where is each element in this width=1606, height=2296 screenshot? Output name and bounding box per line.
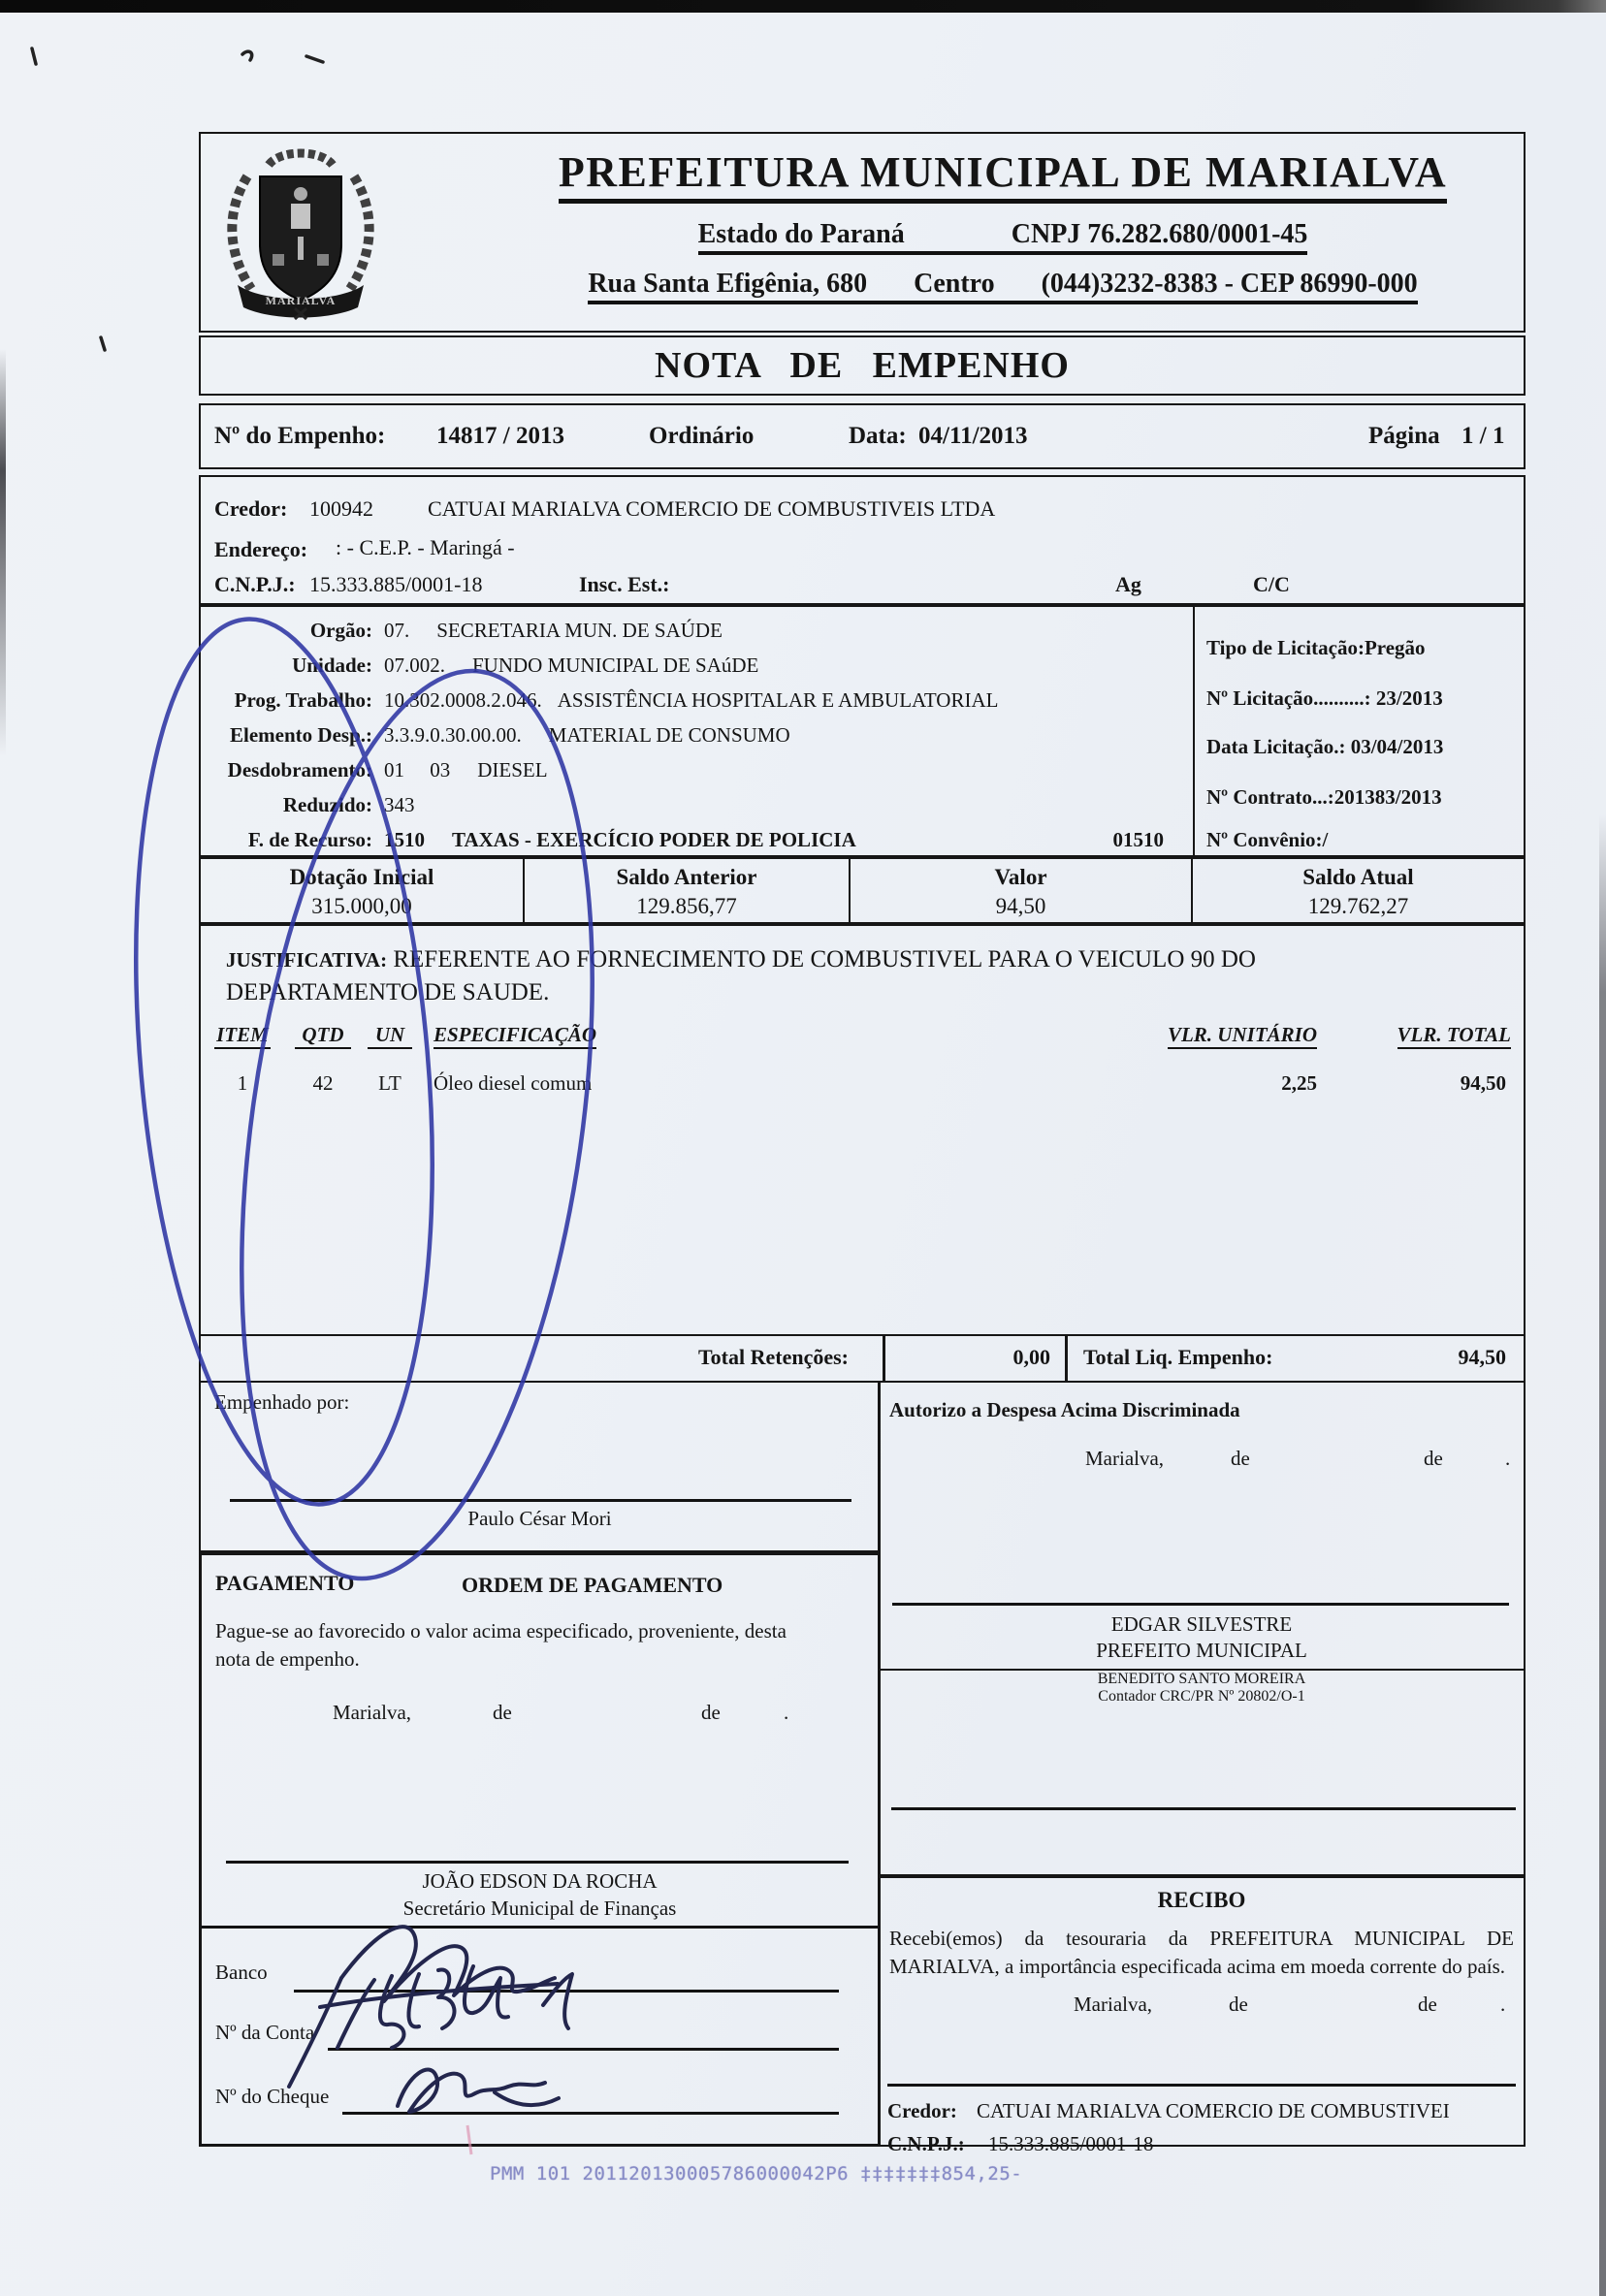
contador-name: BENEDITO SANTO MOREIRA [880,1671,1524,1688]
date-de: de [1229,1993,1248,2017]
row-label: Orgão: [201,619,372,643]
autorizo-title: Autorizo a Despesa Acima Discriminada [889,1398,1240,1422]
creditor-label: Credor: [214,496,287,522]
liq-empenho-value: 94,50 [1459,1345,1507,1370]
date-city: Marialva, [1074,1993,1152,2017]
amounts-row: Dotação Inicial 315.000,00 Saldo Anterio… [199,857,1526,924]
budget-row-prog-trabalho: Prog. Trabalho: 10.302.0008.2.046. ASSIS… [201,683,1193,717]
amount-valor: Valor 94,50 [849,859,1191,922]
scan-edge-top [0,0,1606,13]
cheque-line [342,2112,839,2115]
row-code: 01 03 [384,758,450,782]
row-desc: TAXAS - EXERCÍCIO PODER DE POLICIA [452,828,856,852]
org-district: Centro [914,269,994,299]
cheque-label: Nº do Cheque [215,2085,329,2109]
row-code: 1510 [384,828,425,852]
licitacao-data: Data Licitação.: 03/04/2013 [1206,735,1443,759]
row-desc: DIESEL [477,758,547,782]
date-city: Marialva, [333,1701,411,1725]
item-num: 1 [214,1071,271,1096]
licitacao-tipo: Tipo de Licitação:Pregão [1206,636,1426,660]
fonte-recurso-code: 01510 [1113,828,1165,852]
date-de: de [493,1701,512,1725]
amount-label: Valor [851,865,1191,890]
amount-saldo-anterior: Saldo Anterior 129.856,77 [523,859,849,922]
col-header-vlr-unitario: VLR. UNITÁRIO [1168,1023,1317,1049]
org-cnpj: CNPJ 76.282.680/0001-45 [1012,219,1308,249]
date-de: de [701,1701,721,1725]
date-de: de [1231,1447,1250,1471]
ordem-pagamento-title: ORDEM DE PAGAMENTO [462,1573,723,1598]
amount-label: Saldo Anterior [525,865,849,890]
logo-banner-text: MARIALVA [266,294,337,307]
account-label: C/C [1253,572,1290,597]
recibo-title: RECIBO [880,1888,1524,1913]
budget-row-unidade: Unidade: 07.002. FUNDO MUNICIPAL DE SAúD… [201,648,1193,683]
state-reg-label: Insc. Est.: [579,572,670,597]
cnpj-label: C.N.P.J.: [214,572,296,597]
banco-line [294,1990,839,1993]
pagamento-body: Pague-se ao favorecido o valor acima esp… [215,1617,797,1674]
date-dot: . [784,1701,788,1725]
col-header-espec: ESPECIFICAÇÃO [434,1023,596,1049]
signature-rule [230,1499,851,1502]
licitacao-column: Tipo de Licitação:Pregão Nº Licitação...… [1193,607,1527,855]
date-de: de [1418,1993,1437,2017]
justification: JUSTIFICATIVA: REFERENTE AO FORNECIMENTO… [226,943,1264,1009]
row-code: 10.302.0008.2.046. [384,688,542,713]
scanned-page: MARIALVA PREFEITURA MUNICIPAL DE MARIALV… [0,0,1606,2296]
amount-label: Saldo Atual [1193,865,1524,890]
page-label: Página [1368,423,1440,450]
cnpj-value: 15.333.885/0001-18 [309,572,482,597]
pagamento-title: PAGAMENTO [215,1571,354,1596]
signature-rule [226,1861,849,1864]
date-dot: . [1500,1993,1505,2017]
signature-rule [891,1807,1516,1810]
recibo-cell: RECIBO Recebi(emos) da tesouraria da PRE… [878,1876,1526,2147]
marialva-coat-of-arms-icon: MARIALVA [210,142,391,322]
org-state-cnpj: Estado do ParanáCNPJ 76.282.680/0001-45 [698,219,1308,255]
row-desc: MATERIAL DE CONSUMO [549,723,790,748]
items-box: JUSTIFICATIVA: REFERENTE AO FORNECIMENTO… [199,924,1526,1383]
row-label: Reduzido: [201,793,372,817]
row-desc: SECRETARIA MUN. DE SAÚDE [436,619,723,643]
recibo-body: Recebi(emos) da tesouraria da PREFEITURA… [889,1925,1514,1981]
mayor-role: PREFEITO MUNICIPAL [880,1639,1524,1663]
signature-rule [892,1603,1509,1606]
amount-value: 129.856,77 [525,894,849,919]
justification-label: JUSTIFICATIVA: [226,948,387,972]
empenho-number-box: Nº do Empenho: 14817 / 2013 Ordinário Da… [199,403,1526,469]
recibo-credor-value: CATUAI MARIALVA COMERCIO DE COMBUSTIVEI [977,2099,1450,2123]
creditor-name: CATUAI MARIALVA COMERCIO DE COMBUSTIVEIS… [428,496,995,522]
row-label: Prog. Trabalho: [201,688,372,713]
row-code: 07.002. [384,654,445,678]
item-espec: Óleo diesel comum [434,1071,592,1096]
header-box: MARIALVA PREFEITURA MUNICIPAL DE MARIALV… [199,132,1526,333]
contador-cell: BENEDITO SANTO MOREIRA Contador CRC/PR N… [878,1671,1526,1876]
scan-edge-right [1599,814,1606,2296]
empenho-kind: Ordinário [649,423,754,450]
liq-empenho-label: Total Liq. Empenho: [1083,1345,1272,1370]
row-label: Unidade: [201,654,372,678]
totals-divider-1 [883,1336,885,1381]
letterhead: PREFEITURA MUNICIPAL DE MARIALVA Estado … [521,134,1485,304]
signature-rule [887,2084,1516,2087]
date-dot: . [1505,1447,1510,1471]
date-city: Marialva, [1085,1447,1164,1471]
org-state: Estado do Paraná [698,219,905,249]
date-de: de [1424,1447,1443,1471]
mayor-name: EDGAR SILVESTRE [880,1612,1524,1637]
recibo-credor-label: Credor: [887,2099,957,2123]
empenho-number-value: 14817 / 2013 [436,423,564,450]
row-label: F. de Recurso: [201,828,372,852]
col-header-vlr-total: VLR. TOTAL [1397,1023,1511,1049]
row-desc: FUNDO MUNICIPAL DE SAúDE [472,654,758,678]
amount-value: 94,50 [851,894,1191,919]
col-header-item: ITEM [214,1023,271,1049]
recibo-cnpj-value: 15.333.885/0001-18 [988,2132,1153,2156]
row-code: 07. [384,619,409,643]
row-code: 343 [384,793,415,817]
conta-label: Nº da Conta [215,2021,314,2045]
budget-rows: Orgão: 07. SECRETARIA MUN. DE SAÚDE Unid… [201,613,1193,857]
empenhado-label: Empenhado por: [214,1390,349,1415]
page-value: 1 / 1 [1461,423,1504,450]
empenhado-signer-name: Paulo César Mori [201,1507,879,1531]
amount-label: Dotação Inicial [201,865,523,890]
amount-value: 129.762,27 [1193,894,1524,919]
item-un: LT [368,1071,412,1096]
totals-row: Total Retenções: 0,00 Total Liq. Empenho… [201,1334,1524,1381]
budget-box: Orgão: 07. SECRETARIA MUN. DE SAÚDE Unid… [199,605,1526,857]
convenio-numero: Nº Convênio:/ [1206,828,1328,852]
budget-row-elemento: Elemento Desp.: 3.3.9.0.30.00.00. MATERI… [201,717,1193,752]
doc-title-band: NOTA DE EMPENHO [199,335,1526,396]
address-label: Endereço: [214,537,307,562]
section-divider [202,1926,878,1929]
budget-row-orgao: Orgão: 07. SECRETARIA MUN. DE SAÚDE [201,613,1193,648]
empenho-number-label: Nº do Empenho: [214,423,385,450]
address-value: : - C.E.P. - Maringá - [336,535,515,560]
secretary-name: JOÃO EDSON DA ROCHA [202,1869,878,1894]
item-vlr-unitario: 2,25 [1281,1071,1317,1096]
row-desc: ASSISTÊNCIA HOSPITALAR E AMBULATORIAL [558,688,999,713]
org-phone-cep: (044)3232-8383 - CEP 86990-000 [1042,269,1418,299]
budget-row-fonte-recurso: F. de Recurso: 1510 TAXAS - EXERCÍCIO PO… [201,822,1193,857]
empenhado-cell: Empenhado por: Paulo César Mori [199,1383,881,1552]
org-address-line: Rua Santa Efigênia, 680Centro(044)3232-8… [588,269,1417,304]
pagamento-cell: PAGAMENTO ORDEM DE PAGAMENTO Pague-se ao… [199,1552,881,2147]
item-qtd: 42 [295,1071,351,1096]
machine-print: PMM 101 201120130005786000042P6 ‡‡‡‡‡‡‡8… [490,2163,1022,2184]
recibo-cnpj-label: C.N.P.J.: [887,2132,965,2156]
org-address: Rua Santa Efigênia, 680 [588,269,867,299]
retencoes-label: Total Retenções: [698,1345,849,1370]
col-header-un: UN [368,1023,412,1049]
col-header-qtd: QTD [295,1023,351,1049]
amount-saldo-atual: Saldo Atual 129.762,27 [1191,859,1524,922]
scan-edge-left [0,349,6,756]
row-code: 3.3.9.0.30.00.00. [384,723,522,748]
item-vlr-total: 94,50 [1461,1071,1506,1096]
conta-line [328,2048,839,2051]
agency-label: Ag [1115,572,1141,597]
row-label: Desdobramento: [201,758,372,782]
contrato-numero: Nº Contrato...:201383/2013 [1206,785,1442,810]
retencoes-value: 0,00 [1013,1345,1051,1370]
empenho-date-value: 04/11/2013 [918,423,1028,450]
secretary-role: Secretário Municipal de Finanças [202,1897,878,1921]
empenho-date-label: Data: [849,423,907,450]
creditor-code: 100942 [309,496,373,522]
amount-dotacao-inicial: Dotação Inicial 315.000,00 [201,859,523,922]
org-name: PREFEITURA MUNICIPAL DE MARIALVA [559,147,1447,204]
licitacao-numero: Nº Licitação..........: 23/2013 [1206,686,1443,711]
creditor-box: Credor: 100942 CATUAI MARIALVA COMERCIO … [199,475,1526,605]
totals-divider-2 [1065,1336,1068,1381]
contador-role: Contador CRC/PR Nº 20802/O-1 [880,1688,1524,1706]
row-label: Elemento Desp.: [201,723,372,748]
amount-value: 315.000,00 [201,894,523,919]
budget-row-desdobramento: Desdobramento: 01 03 DIESEL [201,752,1193,787]
budget-row-reduzido: Reduzido: 343 [201,787,1193,822]
banco-label: Banco [215,1961,268,1985]
doc-title: NOTA DE EMPENHO [201,337,1524,394]
autorizo-cell: Autorizo a Despesa Acima Discriminada Ma… [878,1383,1526,1671]
